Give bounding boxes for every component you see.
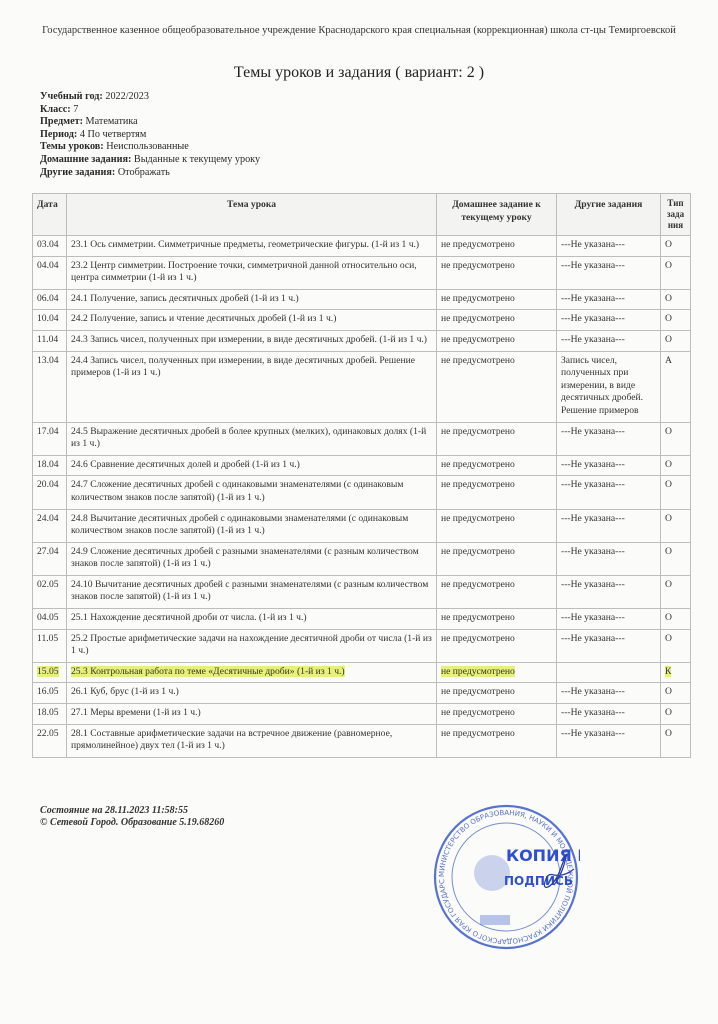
type-cell: К xyxy=(661,662,691,683)
table-row: 02.0524.10 Вычитание десятичных дробей с… xyxy=(33,575,691,608)
type-text: О xyxy=(665,546,672,557)
date-text: 02.05 xyxy=(37,579,59,590)
topic-text: 24.9 Сложение десятичных дробей с разным… xyxy=(71,546,419,570)
topic-cell: 24.3 Запись чисел, полученных при измере… xyxy=(67,330,437,351)
homework-cell: не предусмотрено xyxy=(437,662,557,683)
type-text: О xyxy=(665,707,672,718)
table-row: 22.0528.1 Составные арифметические задач… xyxy=(33,724,691,757)
homework-text: не предусмотрено xyxy=(441,459,515,470)
type-text: О xyxy=(665,479,672,490)
homework-text: не предусмотрено xyxy=(441,633,515,644)
type-cell: О xyxy=(661,683,691,704)
homework-cell: не предусмотрено xyxy=(437,236,557,257)
homework-cell: не предусмотрено xyxy=(437,455,557,476)
homework-text: не предусмотрено xyxy=(441,293,515,304)
other-cell: ---Не указана--- xyxy=(557,629,661,662)
other-cell xyxy=(557,662,661,683)
meta-label: Предмет: xyxy=(40,116,83,127)
other-text: ---Не указана--- xyxy=(561,686,625,697)
type-text: О xyxy=(665,686,672,697)
type-text: О xyxy=(665,612,672,623)
topic-text: 24.2 Получение, запись и чтение десятичн… xyxy=(71,313,336,324)
meta-value: Неиспользованные xyxy=(106,141,189,152)
table-row: 11.0424.3 Запись чисел, полученных при и… xyxy=(33,330,691,351)
table-row: 03.0423.1 Ось симметрии. Симметричные пр… xyxy=(33,236,691,257)
topic-cell: 28.1 Составные арифметические задачи на … xyxy=(67,724,437,757)
table-row: 13.0424.4 Запись чисел, полученных при и… xyxy=(33,351,691,422)
type-cell: О xyxy=(661,609,691,630)
stamp-copy-verified: КОПИЯ ВЕРНА xyxy=(506,846,580,865)
date-cell: 24.04 xyxy=(33,509,67,542)
type-text: О xyxy=(665,239,672,250)
type-cell: О xyxy=(661,422,691,455)
homework-cell: не предусмотрено xyxy=(437,724,557,757)
other-text: ---Не указана--- xyxy=(561,479,625,490)
table-header-row: Дата Тема урока Домашнее задание к текущ… xyxy=(33,194,691,236)
meta-line: Другие задания: Отображать xyxy=(40,167,260,180)
table-row: 04.0423.2 Центр симметрии. Построение то… xyxy=(33,256,691,289)
homework-cell: не предусмотрено xyxy=(437,542,557,575)
date-cell: 11.04 xyxy=(33,330,67,351)
type-text: О xyxy=(665,728,672,739)
homework-text: не предусмотрено xyxy=(441,334,515,345)
date-cell: 16.05 xyxy=(33,683,67,704)
other-text: ---Не указана--- xyxy=(561,334,625,345)
meta-value: Отображать xyxy=(118,167,170,178)
other-cell: ---Не указана--- xyxy=(557,310,661,331)
column-header-other-tasks: Другие задания xyxy=(557,194,661,236)
topic-cell: 24.6 Сравнение десятичных долей и дробей… xyxy=(67,455,437,476)
date-cell: 06.04 xyxy=(33,289,67,310)
other-text: Запись чисел, полученных при измерении, … xyxy=(561,355,643,416)
topic-text: 24.5 Выражение десятичных дробей в более… xyxy=(71,426,426,450)
topic-cell: 24.5 Выражение десятичных дробей в более… xyxy=(67,422,437,455)
official-stamp: МИНИСТЕРСТВО ОБРАЗОВАНИЯ, НАУКИ И МОЛОДЕ… xyxy=(432,803,580,951)
meta-value: 7 xyxy=(73,104,78,115)
topic-cell: 23.2 Центр симметрии. Построение точки, … xyxy=(67,256,437,289)
date-text: 24.04 xyxy=(37,513,59,524)
type-cell: О xyxy=(661,575,691,608)
homework-text: не предусмотрено xyxy=(441,260,515,271)
homework-text: не предусмотрено xyxy=(441,546,515,557)
homework-cell: не предусмотрено xyxy=(437,289,557,310)
other-text: ---Не указана--- xyxy=(561,313,625,324)
date-text: 04.04 xyxy=(37,260,59,271)
copyright: © Сетевой Город. Образование 5.19.68260 xyxy=(40,817,224,829)
other-text: ---Не указана--- xyxy=(561,546,625,557)
meta-label: Класс: xyxy=(40,104,71,115)
date-text: 22.05 xyxy=(37,728,59,739)
topic-text: 24.3 Запись чисел, полученных при измере… xyxy=(71,334,427,345)
homework-cell: не предусмотрено xyxy=(437,310,557,331)
date-text: 04.05 xyxy=(37,612,59,623)
topic-text: 27.1 Меры времени (1-й из 1 ч.) xyxy=(71,707,201,718)
date-cell: 11.05 xyxy=(33,629,67,662)
table-row: 16.0526.1 Куб, брус (1-й из 1 ч.)не пред… xyxy=(33,683,691,704)
other-cell: ---Не указана--- xyxy=(557,542,661,575)
date-cell: 04.05 xyxy=(33,609,67,630)
table-row: 18.0527.1 Меры времени (1-й из 1 ч.)не п… xyxy=(33,704,691,725)
table-row: 18.0424.6 Сравнение десятичных долей и д… xyxy=(33,455,691,476)
other-cell: ---Не указана--- xyxy=(557,289,661,310)
type-cell: О xyxy=(661,310,691,331)
meta-label: Домашние задания: xyxy=(40,154,131,165)
date-text: 11.04 xyxy=(37,334,58,345)
other-text: ---Не указана--- xyxy=(561,260,625,271)
other-cell: ---Не указана--- xyxy=(557,330,661,351)
column-header-topic: Тема урока xyxy=(67,194,437,236)
homework-cell: не предусмотрено xyxy=(437,629,557,662)
meta-value: Выданные к текущему уроку xyxy=(134,154,260,165)
homework-cell: не предусмотрено xyxy=(437,422,557,455)
type-text: О xyxy=(665,334,672,345)
date-cell: 22.05 xyxy=(33,724,67,757)
homework-text: не предусмотрено xyxy=(441,707,515,718)
topic-cell: 24.10 Вычитание десятичных дробей с разн… xyxy=(67,575,437,608)
topic-text: 24.7 Сложение десятичных дробей с одинак… xyxy=(71,479,403,503)
other-cell: ---Не указана--- xyxy=(557,476,661,509)
date-cell: 10.04 xyxy=(33,310,67,331)
other-text: ---Не указана--- xyxy=(561,633,625,644)
meta-value: 4 По четвертям xyxy=(80,129,146,140)
date-cell: 04.04 xyxy=(33,256,67,289)
state-timestamp: Состояние на 28.11.2023 11:58:55 xyxy=(40,805,224,817)
date-text: 15.05 xyxy=(37,666,59,677)
topic-cell: 24.8 Вычитание десятичных дробей с одина… xyxy=(67,509,437,542)
topic-text: 24.1 Получение, запись десятичных дробей… xyxy=(71,293,299,304)
meta-label: Учебный год: xyxy=(40,91,103,102)
table-row: 20.0424.7 Сложение десятичных дробей с о… xyxy=(33,476,691,509)
table-row: 10.0424.2 Получение, запись и чтение дес… xyxy=(33,310,691,331)
table-row: 06.0424.1 Получение, запись десятичных д… xyxy=(33,289,691,310)
topic-text: 26.1 Куб, брус (1-й из 1 ч.) xyxy=(71,686,179,697)
date-text: 06.04 xyxy=(37,293,59,304)
topic-cell: 24.2 Получение, запись и чтение десятичн… xyxy=(67,310,437,331)
footer: Состояние на 28.11.2023 11:58:55 © Сетев… xyxy=(40,805,224,829)
homework-cell: не предусмотрено xyxy=(437,256,557,289)
topic-cell: 23.1 Ось симметрии. Симметричные предмет… xyxy=(67,236,437,257)
type-cell: О xyxy=(661,289,691,310)
topic-cell: 24.9 Сложение десятичных дробей с разным… xyxy=(67,542,437,575)
meta-line: Предмет: Математика xyxy=(40,116,260,129)
other-text: ---Не указана--- xyxy=(561,707,625,718)
homework-text: не предусмотрено xyxy=(441,313,515,324)
other-text: ---Не указана--- xyxy=(561,459,625,470)
column-header-task-type: Тип зада ния xyxy=(661,194,691,236)
date-text: 16.05 xyxy=(37,686,59,697)
date-cell: 15.05 xyxy=(33,662,67,683)
date-text: 18.04 xyxy=(37,459,59,470)
topic-text: 24.8 Вычитание десятичных дробей с одина… xyxy=(71,513,408,537)
type-text: О xyxy=(665,579,672,590)
homework-cell: не предусмотрено xyxy=(437,509,557,542)
type-cell: О xyxy=(661,724,691,757)
column-header-date: Дата xyxy=(33,194,67,236)
homework-cell: не предусмотрено xyxy=(437,476,557,509)
date-cell: 18.05 xyxy=(33,704,67,725)
stamp-signature-label: ПОДПИСЬ xyxy=(504,874,573,888)
table-row: 27.0424.9 Сложение десятичных дробей с р… xyxy=(33,542,691,575)
homework-text: не предусмотрено xyxy=(441,355,515,366)
topic-cell: 25.2 Простые арифметические задачи на на… xyxy=(67,629,437,662)
table-row: 11.0525.2 Простые арифметические задачи … xyxy=(33,629,691,662)
organization-name: Государственное казенное общеобразовател… xyxy=(30,24,688,38)
type-text: О xyxy=(665,260,672,271)
meta-label: Другие задания: xyxy=(40,167,115,178)
topic-cell: 25.1 Нахождение десятичной дроби от числ… xyxy=(67,609,437,630)
other-cell: ---Не указана--- xyxy=(557,609,661,630)
date-text: 11.05 xyxy=(37,633,58,644)
topic-cell: 24.1 Получение, запись десятичных дробей… xyxy=(67,289,437,310)
date-text: 18.05 xyxy=(37,707,59,718)
other-text: ---Не указана--- xyxy=(561,513,625,524)
date-text: 03.04 xyxy=(37,239,59,250)
table-row: 15.0525.3 Контрольная работа по теме «Де… xyxy=(33,662,691,683)
other-cell: ---Не указана--- xyxy=(557,683,661,704)
table-row: 24.0424.8 Вычитание десятичных дробей с … xyxy=(33,509,691,542)
type-text: О xyxy=(665,426,672,437)
meta-line: Темы уроков: Неиспользованные xyxy=(40,141,260,154)
date-cell: 13.04 xyxy=(33,351,67,422)
type-cell: О xyxy=(661,629,691,662)
homework-cell: не предусмотрено xyxy=(437,683,557,704)
type-text: К xyxy=(665,666,671,677)
other-cell: ---Не указана--- xyxy=(557,455,661,476)
other-cell: ---Не указана--- xyxy=(557,256,661,289)
topic-text: 25.3 Контрольная работа по теме «Десятич… xyxy=(71,666,345,677)
type-text: А xyxy=(665,355,672,366)
other-cell: ---Не указана--- xyxy=(557,724,661,757)
other-text: ---Не указана--- xyxy=(561,239,625,250)
homework-cell: не предусмотрено xyxy=(437,351,557,422)
type-cell: О xyxy=(661,236,691,257)
date-text: 10.04 xyxy=(37,313,59,324)
homework-cell: не предусмотрено xyxy=(437,704,557,725)
date-cell: 18.04 xyxy=(33,455,67,476)
homework-text: не предусмотрено xyxy=(441,686,515,697)
date-text: 13.04 xyxy=(37,355,59,366)
type-cell: О xyxy=(661,509,691,542)
other-text: ---Не указана--- xyxy=(561,612,625,623)
meta-value: Математика xyxy=(86,116,138,127)
date-cell: 03.04 xyxy=(33,236,67,257)
type-cell: О xyxy=(661,455,691,476)
meta-line: Период: 4 По четвертям xyxy=(40,129,260,142)
column-header-homework: Домашнее задание к текущему уроку xyxy=(437,194,557,236)
type-cell: О xyxy=(661,476,691,509)
topic-text: 28.1 Составные арифметические задачи на … xyxy=(71,728,392,752)
homework-text: не предусмотрено xyxy=(441,239,515,250)
meta-label: Темы уроков: xyxy=(40,141,104,152)
topic-cell: 27.1 Меры времени (1-й из 1 ч.) xyxy=(67,704,437,725)
topic-text: 24.6 Сравнение десятичных долей и дробей… xyxy=(71,459,300,470)
meta-label: Период: xyxy=(40,129,77,140)
other-cell: ---Не указана--- xyxy=(557,236,661,257)
other-cell: ---Не указана--- xyxy=(557,575,661,608)
other-cell: Запись чисел, полученных при измерении, … xyxy=(557,351,661,422)
homework-text: не предусмотрено xyxy=(441,728,515,739)
homework-text: не предусмотрено xyxy=(441,479,515,490)
homework-text: не предусмотрено xyxy=(441,579,515,590)
other-text: ---Не указана--- xyxy=(561,426,625,437)
meta-line: Класс: 7 xyxy=(40,104,260,117)
type-text: О xyxy=(665,513,672,524)
lessons-table: Дата Тема урока Домашнее задание к текущ… xyxy=(32,193,691,758)
date-cell: 27.04 xyxy=(33,542,67,575)
type-cell: А xyxy=(661,351,691,422)
other-text: ---Не указана--- xyxy=(561,728,625,739)
topic-text: 23.1 Ось симметрии. Симметричные предмет… xyxy=(71,239,419,250)
homework-cell: не предусмотрено xyxy=(437,575,557,608)
topic-cell: 25.3 Контрольная работа по теме «Десятич… xyxy=(67,662,437,683)
homework-text: не предусмотрено xyxy=(441,426,515,437)
date-cell: 17.04 xyxy=(33,422,67,455)
type-cell: О xyxy=(661,330,691,351)
other-text: ---Не указана--- xyxy=(561,579,625,590)
topic-cell: 26.1 Куб, брус (1-й из 1 ч.) xyxy=(67,683,437,704)
table-row: 04.0525.1 Нахождение десятичной дроби от… xyxy=(33,609,691,630)
topic-text: 24.10 Вычитание десятичных дробей с разн… xyxy=(71,579,428,603)
homework-text: не предусмотрено xyxy=(441,513,515,524)
topic-cell: 24.7 Сложение десятичных дробей с одинак… xyxy=(67,476,437,509)
date-text: 20.04 xyxy=(37,479,59,490)
topic-cell: 24.4 Запись чисел, полученных при измере… xyxy=(67,351,437,422)
table-row: 17.0424.5 Выражение десятичных дробей в … xyxy=(33,422,691,455)
document-meta: Учебный год: 2022/2023Класс: 7Предмет: М… xyxy=(40,91,260,179)
type-text: О xyxy=(665,313,672,324)
type-cell: О xyxy=(661,256,691,289)
meta-line: Учебный год: 2022/2023 xyxy=(40,91,260,104)
homework-cell: не предусмотрено xyxy=(437,609,557,630)
type-text: О xyxy=(665,633,672,644)
topic-text: 24.4 Запись чисел, полученных при измере… xyxy=(71,355,415,379)
date-cell: 20.04 xyxy=(33,476,67,509)
date-text: 17.04 xyxy=(37,426,59,437)
date-cell: 02.05 xyxy=(33,575,67,608)
other-cell: ---Не указана--- xyxy=(557,422,661,455)
other-text: ---Не указана--- xyxy=(561,293,625,304)
page-title: Темы уроков и задания ( вариант: 2 ) xyxy=(0,64,718,82)
meta-line: Домашние задания: Выданные к текущему ур… xyxy=(40,154,260,167)
homework-text: не предусмотрено xyxy=(441,666,515,677)
date-text: 27.04 xyxy=(37,546,59,557)
type-text: О xyxy=(665,459,672,470)
topic-text: 25.2 Простые арифметические задачи на на… xyxy=(71,633,432,657)
other-cell: ---Не указана--- xyxy=(557,704,661,725)
topic-text: 25.1 Нахождение десятичной дроби от числ… xyxy=(71,612,307,623)
other-cell: ---Не указана--- xyxy=(557,509,661,542)
type-cell: О xyxy=(661,704,691,725)
topic-text: 23.2 Центр симметрии. Построение точки, … xyxy=(71,260,417,284)
meta-value: 2022/2023 xyxy=(105,91,149,102)
type-cell: О xyxy=(661,542,691,575)
homework-text: не предусмотрено xyxy=(441,612,515,623)
type-text: О xyxy=(665,293,672,304)
homework-cell: не предусмотрено xyxy=(437,330,557,351)
